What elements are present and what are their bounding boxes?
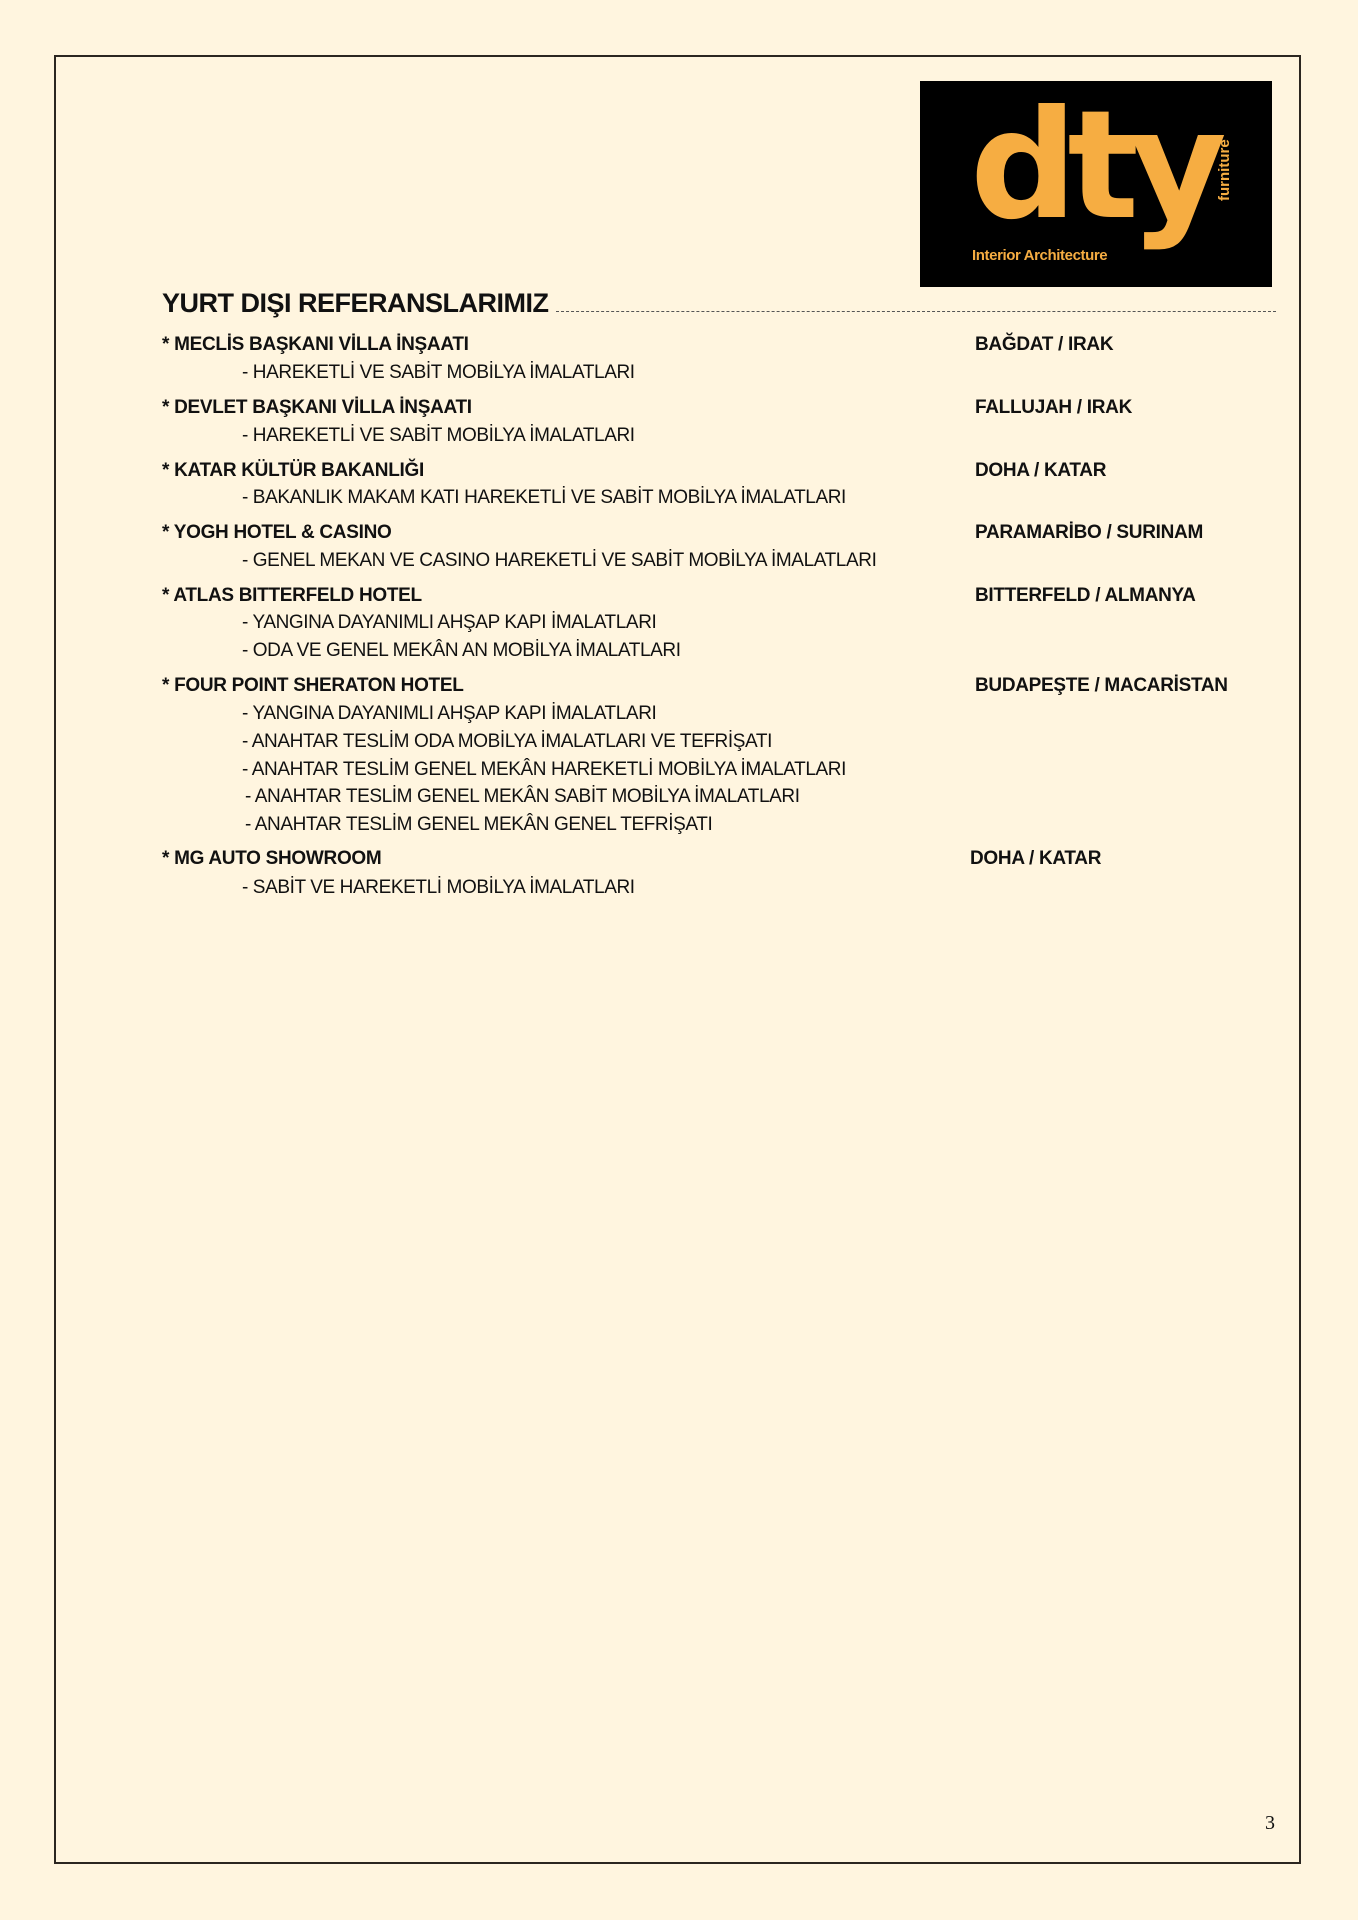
reference-location: DOHA / KATAR <box>975 461 1106 480</box>
page-number: 3 <box>1265 1812 1275 1835</box>
reference-item: - ANAHTAR TESLİM GENEL MEKÂN HAREKETLİ M… <box>242 760 846 779</box>
reference-item: - ANAHTAR TESLİM GENEL MEKÂN SABİT MOBİL… <box>245 787 800 806</box>
reference-item: - YANGINA DAYANIMLI AHŞAP KAPI İMALATLAR… <box>242 613 656 632</box>
reference-location: DOHA / KATAR <box>970 849 1101 868</box>
reference-title: * YOGH HOTEL & CASINO <box>162 523 391 542</box>
reference-title: * DEVLET BAŞKANI VİLLA İNŞAATI <box>162 398 472 417</box>
reference-item: - HAREKETLİ VE SABİT MOBİLYA İMALATLARI <box>242 363 635 382</box>
reference-item: - ANAHTAR TESLİM GENEL MEKÂN GENEL TEFRİ… <box>245 815 712 834</box>
reference-title: * FOUR POINT SHERATON HOTEL <box>162 676 464 695</box>
reference-item: - HAREKETLİ VE SABİT MOBİLYA İMALATLARI <box>242 426 635 445</box>
reference-item: - BAKANLIK MAKAM KATI HAREKETLİ VE SABİT… <box>242 488 846 507</box>
reference-location: FALLUJAH / IRAK <box>975 398 1132 417</box>
reference-item: - GENEL MEKAN VE CASINO HAREKETLİ VE SAB… <box>242 551 876 570</box>
heading-dashed-rule <box>556 311 1276 312</box>
reference-item: - ODA VE GENEL MEKÂN AN MOBİLYA İMALATLA… <box>242 641 681 660</box>
logo-side-text: furniture <box>1216 139 1233 201</box>
reference-title: * MG AUTO SHOWROOM <box>162 849 381 868</box>
reference-location: BAĞDAT / IRAK <box>975 335 1113 354</box>
page-border <box>54 55 1301 1864</box>
reference-item: - SABİT VE HAREKETLİ MOBİLYA İMALATLARI <box>242 878 635 897</box>
reference-title: * MECLİS BAŞKANI VİLLA İNŞAATI <box>162 335 469 354</box>
logo-wordmark: dty <box>970 91 1217 241</box>
reference-location: BUDAPEŞTE / MACARİSTAN <box>975 676 1228 695</box>
reference-item: - YANGINA DAYANIMLI AHŞAP KAPI İMALATLAR… <box>242 704 656 723</box>
logo-tagline: Interior Architecture <box>972 247 1107 264</box>
reference-item: - ANAHTAR TESLİM ODA MOBİLYA İMALATLARI … <box>242 732 772 751</box>
reference-title: * KATAR KÜLTÜR BAKANLIĞI <box>162 461 424 480</box>
reference-location: PARAMARİBO / SURINAM <box>975 523 1203 542</box>
reference-location: BITTERFELD / ALMANYA <box>975 586 1196 605</box>
reference-title: * ATLAS BITTERFELD HOTEL <box>162 586 422 605</box>
section-heading: YURT DIŞI REFERANSLARIMIZ <box>162 288 549 319</box>
company-logo: dty Interior Architecture furniture <box>920 81 1272 287</box>
